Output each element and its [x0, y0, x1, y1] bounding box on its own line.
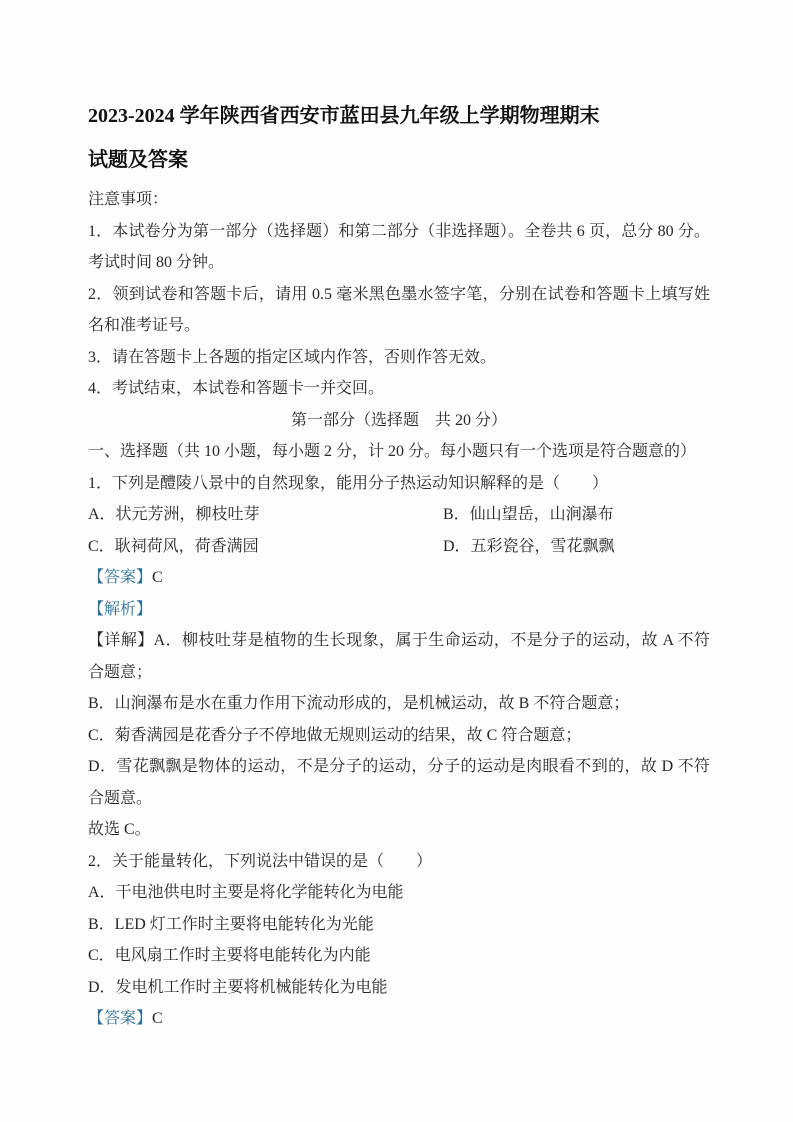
choice-section-heading: 一、选择题（共 10 小题，每小题 2 分，计 20 分。每小题只有一个选项是符…: [88, 436, 710, 468]
question-1-analysis-line: 【解析】: [88, 594, 710, 626]
question-1-answer-line: 【答案】C: [88, 562, 710, 594]
question-1-detail-line-a: 【详解】A．柳枝吐芽是植物的生长现象，属于生命运动，不是分子的运动，故 A 不符…: [88, 625, 710, 688]
analysis-label: 【解析】: [88, 601, 152, 618]
question-1-stem: 1．下列是醴陵八景中的自然现象，能用分子热运动知识解释的是（ ）: [88, 468, 710, 500]
question-1-detail-line-d: D．雪花飘飘是物体的运动，不是分子的运动，分子的运动是肉眼看不到的，故 D 不符…: [88, 751, 710, 814]
question-2-stem: 2．关于能量转化，下列说法中错误的是（ ）: [88, 846, 710, 878]
notice-heading: 注意事项：: [88, 184, 710, 216]
question-1-option-a: A．状元芳洲，柳枝吐芽: [88, 499, 443, 531]
question-1-detail-line-b: B．山涧瀑布是水在重力作用下流动形成的，是机械运动，故 B 不符合题意；: [88, 688, 710, 720]
detail-label: 【详解】: [88, 632, 154, 649]
question-2-answer-value: C: [152, 1010, 163, 1027]
notice-item-2: 2．领到试卷和答题卡后，请用 0.5 毫米黑色墨水签字笔，分别在试卷和答题卡上填…: [88, 279, 710, 342]
question-2-option-b: B．LED 灯工作时主要将电能转化为光能: [88, 909, 710, 941]
question-2-option-a: A．干电池供电时主要是将化学能转化为电能: [88, 877, 710, 909]
notice-item-4: 4．考试结束，本试卷和答题卡一并交回。: [88, 373, 710, 405]
notice-item-3: 3．请在答题卡上各题的指定区域内作答，否则作答无效。: [88, 342, 710, 374]
question-1-detail-a-text: A．柳枝吐芽是植物的生长现象，属于生命运动，不是分子的运动，故 A 不符合题意；: [88, 632, 710, 681]
question-2-option-d: D．发电机工作时主要将机械能转化为电能: [88, 972, 710, 1004]
document-title-line-1: 2023-2024 学年陕西省西安市蓝田县九年级上学期物理期末: [88, 94, 710, 138]
question-2-option-c: C．电风扇工作时主要将电能转化为内能: [88, 940, 710, 972]
question-1-detail-line-c: C．菊香满园是花香分子不停地做无规则运动的结果，故 C 符合题意；: [88, 720, 710, 752]
document-title: 2023-2024 学年陕西省西安市蓝田县九年级上学期物理期末 试题及答案: [88, 94, 710, 182]
answer-label: 【答案】: [88, 569, 152, 586]
question-1-answer-value: C: [152, 569, 163, 586]
document-page: 2023-2024 学年陕西省西安市蓝田县九年级上学期物理期末 试题及答案 注意…: [0, 0, 793, 1122]
question-1-option-c: C．耿祠荷风，荷香满园: [88, 531, 443, 563]
question-1-conclusion: 故选 C。: [88, 814, 710, 846]
question-1-options: A．状元芳洲，柳枝吐芽 B．仙山望岳，山涧瀑布 C．耿祠荷风，荷香满园 D．五彩…: [88, 499, 710, 562]
answer-label: 【答案】: [88, 1010, 152, 1027]
notice-item-1: 1．本试卷分为第一部分（选择题）和第二部分（非选择题）。全卷共 6 页，总分 8…: [88, 216, 710, 279]
question-2-answer-line: 【答案】C: [88, 1003, 710, 1035]
document-title-line-2: 试题及答案: [88, 138, 710, 182]
part-one-heading: 第一部分（选择题 共 20 分）: [88, 405, 710, 437]
question-1-option-b: B．仙山望岳，山涧瀑布: [443, 499, 710, 531]
question-1-option-d: D．五彩瓷谷，雪花飘飘: [443, 531, 710, 563]
document-content: 2023-2024 学年陕西省西安市蓝田县九年级上学期物理期末 试题及答案 注意…: [88, 94, 710, 1035]
